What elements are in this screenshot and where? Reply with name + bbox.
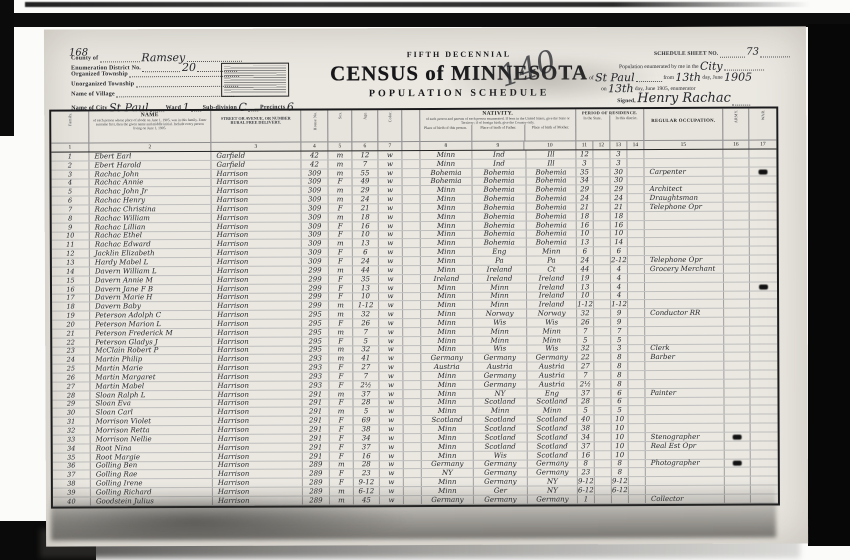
cell-color: w [379,310,403,318]
cell-color: w [380,469,404,477]
cell-sex: F [330,443,354,451]
cell-birthplace-person: Minn [422,407,474,415]
cell-house-number: 309 [302,196,329,204]
cell-house-number: 293 [302,373,329,381]
cell-war-mark [750,397,777,405]
cell-line-number: 10 [52,232,90,240]
cell-blank [402,169,420,177]
ink-blob [733,434,742,439]
cell-person-name: Davern Annie M [90,276,212,284]
cell-occupation [645,327,724,335]
cell-r12 [594,318,611,326]
cell-age: 5 [353,337,379,345]
col-name: NAME of each person whose place of abode… [89,111,211,152]
cell-years-in-state: 40 [578,416,595,424]
cell-color: w [380,416,404,424]
cell-birthplace-father: Bohemia [473,204,527,212]
cell-birthplace-person: Minn [421,222,473,230]
cell-birthplace-mother: Germany [528,469,578,477]
col-years-in-state: In the State. [576,115,610,140]
cell-sex: m [329,302,353,310]
cell-army-mark [724,282,750,290]
cell-line-number: 28 [52,391,90,399]
cell-blank [404,434,422,442]
cell-birthplace-father: Scotland [473,398,527,406]
cell-age: 37 [353,390,379,398]
instruction-box [221,63,289,97]
cell-birthplace-mother: Pa [527,256,577,264]
cell-army-mark [724,397,750,405]
cell-house-number: 291 [303,452,330,460]
cell-war-mark [750,211,777,219]
cell-birthplace-person: Minn [422,478,474,486]
cell-line-number: 20 [52,320,90,328]
cell-years-in-state: 23 [578,469,595,477]
cell-years-in-state: 6-12 [578,486,595,494]
cell-years-in-district: 5 [612,407,629,415]
cell-r14 [628,221,645,229]
cell-blank [403,284,421,292]
cell-r12 [594,230,611,238]
cell-r12 [594,362,611,370]
cell-r14 [628,194,645,202]
cell-birthplace-mother: Scotland [528,416,578,424]
cell-street: Harrison [212,373,302,381]
cell-r12 [594,265,611,273]
cell-birthplace-person: Ireland [421,275,473,283]
cell-person-name: Goodstein Julius [91,497,213,505]
cell-years-in-district: 10 [612,442,629,450]
cell-birthplace-mother: Ireland [527,301,577,309]
cell-war-mark [751,450,778,458]
cell-army-mark [725,433,751,441]
cell-r12 [595,469,612,477]
cell-house-number: 309 [302,178,329,186]
cell-color: w [380,478,404,486]
cell-house-number: 293 [302,355,329,363]
cell-street: Harrison [212,231,302,239]
cell-birthplace-person: Bohemia [421,177,473,185]
cell-street: Harrison [213,452,303,460]
cell-age: 5 [354,408,380,416]
cell-sex: m [329,196,353,204]
cell-house-number: 309 [301,169,328,177]
col-house-number: House No. 4 [301,110,328,150]
cell-r12 [594,194,611,202]
sheet-no-value: 73 [746,47,759,58]
cell-line-number: 32 [53,427,91,435]
cell-birthplace-father: NY [473,389,527,397]
cell-age: 23 [354,470,380,478]
cell-person-name: Golling Rae [91,470,213,478]
cell-color: w [379,178,403,186]
cell-color: w [380,496,404,504]
cell-war-mark [749,149,776,157]
population-schedule-table: Family. 1 NAME of each person whose plac… [49,106,780,508]
cell-blank [404,487,422,495]
cell-line-number: 18 [52,303,90,311]
cell-birthplace-person: Minn [421,292,473,300]
cell-line-number: 31 [53,418,91,426]
cell-age: 24 [353,195,379,203]
cell-birthplace-mother: Bohemia [527,239,577,247]
cell-army-mark [725,477,751,485]
cell-years-in-state: 5 [578,407,595,415]
cell-street: Harrison [213,435,303,443]
cell-occupation: Telephone Opr [645,203,724,211]
cell-line-number: 4 [52,179,90,187]
form-title: FIFTH DECENNIAL CENSUS of MINNESOTA POPU… [309,49,609,99]
cell-house-number: 309 [302,231,329,239]
cell-army-mark [724,176,750,184]
cell-sex: m [329,240,353,248]
cell-years-in-state: 13 [577,283,594,291]
cell-color: w [379,240,403,248]
film-band-top [0,13,850,27]
cell-person-name: Peterson Gladys J [90,338,212,346]
cell-years-in-district: 21 [611,203,628,211]
cell-army-mark [724,256,750,264]
cell-birthplace-father: Wis [473,345,527,353]
cell-sex: F [329,222,353,230]
from-day-value: 13th [675,71,701,84]
cell-house-number: 295 [302,337,329,345]
cell-house-number: 289 [303,487,330,495]
cell-r14 [628,256,645,264]
cell-war-mark [751,486,778,494]
cell-birthplace-person: Minn [422,425,474,433]
cell-occupation [645,229,724,237]
cell-person-name: Rachac Edward [90,240,212,248]
cell-person-name: Ebert Harold [89,161,211,169]
cell-street: Harrison [212,364,302,372]
cell-army-mark [723,167,749,175]
cell-r12 [595,486,612,494]
cell-birthplace-person: Minn [421,372,473,380]
cell-r12 [594,345,611,353]
cell-street: Harrison [213,479,303,487]
cell-house-number: 299 [302,266,329,274]
cell-house-number: 291 [302,390,329,398]
cell-r12 [594,177,611,185]
cell-years-in-state: 1-12 [577,301,594,309]
cell-blank [404,496,422,504]
table-header: Family. 1 NAME of each person whose plac… [51,108,776,152]
cell-line-number: 15 [52,276,90,284]
cell-sex: m [329,213,353,221]
cell-r12 [594,212,611,220]
cell-sex: F [330,479,354,487]
cell-war-mark [750,273,777,281]
cell-war-mark [750,335,777,343]
cell-army-mark [724,371,750,379]
cell-years-in-district: 9-12 [612,477,629,485]
cell-line-number: 21 [52,329,90,337]
cell-years-in-state: 37 [577,389,594,397]
cell-person-name: Martin Philip [90,355,212,363]
cell-person-name: Peterson Adolph C [90,311,212,319]
cell-occupation [646,468,725,476]
cell-army-mark [723,158,749,166]
cell-war-mark [750,362,777,370]
cell-years-in-state: 34 [577,177,594,185]
cell-r14 [628,362,645,370]
cell-sex: F [330,425,354,433]
cell-street: Harrison [213,443,303,451]
cell-color: w [379,381,403,389]
cell-r12 [593,168,610,176]
cell-r14 [627,150,644,158]
cell-house-number: 295 [302,346,329,354]
cell-army-mark [724,203,750,211]
cell-war-mark [750,247,777,255]
cell-occupation [645,176,724,184]
cell-line-number: 19 [52,312,90,320]
cell-occupation [646,415,725,423]
cell-blank [403,390,421,398]
cell-blank [403,293,421,301]
cell-years-in-district: 9 [611,309,628,317]
cell-blank [404,478,422,486]
cell-army-mark [725,406,751,414]
cell-army-mark [725,424,751,432]
cell-sex: F [330,434,354,442]
cell-color: w [379,301,403,309]
cell-birthplace-person: Minn [421,230,473,238]
cell-r12 [594,380,611,388]
cell-person-name: Rachac William [90,214,212,222]
cell-age: 9-12 [354,478,380,486]
cell-blank [403,204,421,212]
cell-birthplace-person: Minn [421,337,473,345]
cell-person-name: McClain Robert P [90,346,212,354]
cell-r14 [629,433,646,441]
cell-house-number: 295 [302,328,329,336]
cell-age: 10 [353,293,379,301]
cell-birthplace-person: Minn [421,345,473,353]
cell-birthplace-mother: Scotland [528,451,578,459]
cell-birthplace-father: Eng [473,248,527,256]
cell-r12 [594,292,611,300]
cell-birthplace-person: Germany [422,496,474,504]
cell-r14 [629,442,646,450]
cell-r12 [595,424,612,432]
cell-blank [403,248,421,256]
cell-blank [403,178,421,186]
cell-war-mark [750,379,777,387]
cell-person-name: Davern Jane F B [90,285,212,293]
cell-color: w [380,452,404,460]
cell-years-in-district: 6 [611,389,628,397]
cell-blank [403,328,421,336]
cell-color: w [380,434,404,442]
cell-street: Harrison [212,399,302,407]
cell-years-in-state: 16 [577,221,594,229]
cell-birthplace-father: Ireland [473,266,527,274]
cell-birthplace-mother: NY [528,486,578,494]
cell-years-in-state: 10 [577,230,594,238]
cell-r12 [594,221,611,229]
cell-house-number: 42 [301,160,328,168]
cell-age: 2½ [353,381,379,389]
cell-birthplace-father: Minn [473,327,527,335]
col-family-number: Family. 1 [51,111,89,151]
cell-street: Harrison [212,196,302,204]
title-line3: POPULATION SCHEDULE [309,87,609,99]
cell-age: 6 [353,248,379,256]
cell-army-mark [724,229,750,237]
cell-blank [403,231,421,239]
cell-house-number: 293 [302,381,329,389]
cell-house-number: 309 [302,240,329,248]
cell-r12 [595,416,612,424]
cell-sex: m [329,311,353,319]
cell-age: 24 [353,257,379,265]
cell-color: w [379,372,403,380]
header-right-fields: SCHEDULE SHEET NO. 73 Population enumera… [589,46,801,102]
cell-birthplace-person: Minn [422,487,474,495]
enumerated-line1: Population enumerated by me in the City [589,57,801,69]
cell-years-in-state: 34 [578,433,595,441]
cell-birthplace-person: Minn [421,195,473,203]
cell-war-mark [750,256,777,264]
cell-line-number: 3 [51,170,89,178]
cell-street: Harrison [212,381,302,389]
cell-street: Harrison [212,293,302,301]
cell-sex: F [329,257,353,265]
cell-years-in-state: 7 [577,371,594,379]
cell-army-mark [724,353,750,361]
cell-color: w [379,257,403,265]
film-scratch-top [25,2,810,7]
cell-color: w [379,284,403,292]
cell-birthplace-person: Scotland [422,416,474,424]
cell-street: Harrison [213,426,303,434]
cell-war-mark [751,441,778,449]
cell-age: 21 [353,204,379,212]
cell-birthplace-mother: Ireland [527,292,577,300]
cell-occupation [645,212,724,220]
cell-r12 [594,336,611,344]
cell-war-mark [750,353,777,361]
cell-years-in-district: 1-12 [611,300,628,308]
cell-war-mark [750,194,777,202]
cell-birthplace-father: Ind [472,151,526,159]
cell-birthplace-father: Minn [473,336,527,344]
cell-army-mark [724,220,750,228]
col-blank [402,110,420,150]
cell-house-number: 309 [302,204,329,212]
cell-street: Harrison [213,408,303,416]
cell-color: w [379,222,403,230]
cell-age: 32 [353,310,379,318]
cell-war-mark [750,300,777,308]
cell-line-number: 2 [51,161,89,169]
cell-line-number: 7 [52,206,90,214]
cell-person-name: Martin Margaret [90,373,212,381]
cell-color: w [378,151,402,159]
cell-sex: F [329,399,353,407]
cell-birthplace-person: NY [422,469,474,477]
cell-war-mark [750,264,777,272]
cell-person-name: Golling Ben [91,461,213,469]
schedule-sheet-line: SCHEDULE SHEET NO. 73 [589,46,801,58]
cell-birthplace-father: Germany [473,372,527,380]
cell-color: w [379,390,403,398]
cell-occupation [645,291,724,299]
cell-line-number: 39 [53,489,91,497]
cell-r14 [627,168,644,176]
cell-years-in-state: 18 [577,212,594,220]
cell-age: 7 [353,328,379,336]
cell-occupation: Grocery Merchant [645,265,724,273]
cell-years-in-state: 1 [578,495,595,503]
cell-years-in-state: 28 [577,398,594,406]
cell-sex: m [329,187,353,195]
cell-birthplace-mother: NY [528,478,578,486]
cell-birthplace-father: Scotland [474,425,528,433]
cell-birthplace-person: Minn [421,398,473,406]
cell-color: w [379,328,403,336]
cell-r12 [594,309,611,317]
ink-blob [759,284,768,289]
table-body: 1Ebert EarlGarfield42m12wMinnIndIll1232E… [51,149,778,506]
cell-color: w [380,443,404,451]
cell-years-in-district: 8 [612,468,629,476]
cell-army-mark [724,185,750,193]
cell-r12 [595,433,612,441]
cell-r12 [594,398,611,406]
col-occupation: REGULAR OCCUPATION. 15 [644,109,723,149]
cell-war-mark [750,388,777,396]
cell-occupation: Carpenter [644,167,723,175]
cell-r12 [593,159,610,167]
cell-years-in-district: 10 [612,415,629,423]
cell-years-in-district: 3 [610,150,627,158]
cell-color: w [380,487,404,495]
cell-war-mark [750,309,777,317]
district-value: 20 [182,61,196,74]
cell-blank [403,346,421,354]
cell-r12 [594,247,611,255]
cell-house-number: 299 [302,302,329,310]
cell-color: w [379,275,403,283]
cell-birthplace-father: Wis [473,319,527,327]
cell-occupation: Painter [645,388,724,396]
cell-r14 [628,300,645,308]
cell-street: Harrison [212,320,302,328]
cell-years-in-district: 24 [611,194,628,202]
cell-sex: m [328,169,352,177]
cell-years-in-state: 32 [577,345,594,353]
cell-street: Garfield [211,160,301,168]
cell-war-mark [751,406,778,414]
cell-birthplace-father: Germany [474,469,528,477]
cell-r14 [628,238,645,246]
cell-blank [403,266,421,274]
cell-sex: F [329,381,353,389]
cell-birthplace-person: Minn [421,213,473,221]
cell-sex: m [329,390,353,398]
cell-age: 7 [352,160,378,168]
cell-years-in-state: 6 [577,248,594,256]
cell-color: w [379,337,403,345]
cell-birthplace-father: Norway [473,310,527,318]
cell-house-number: 299 [302,275,329,283]
cell-sex: F [329,231,353,239]
cell-years-in-state: 7 [577,327,594,335]
col-group-nativity: NATIVITY. of each person and parents of … [420,109,576,150]
